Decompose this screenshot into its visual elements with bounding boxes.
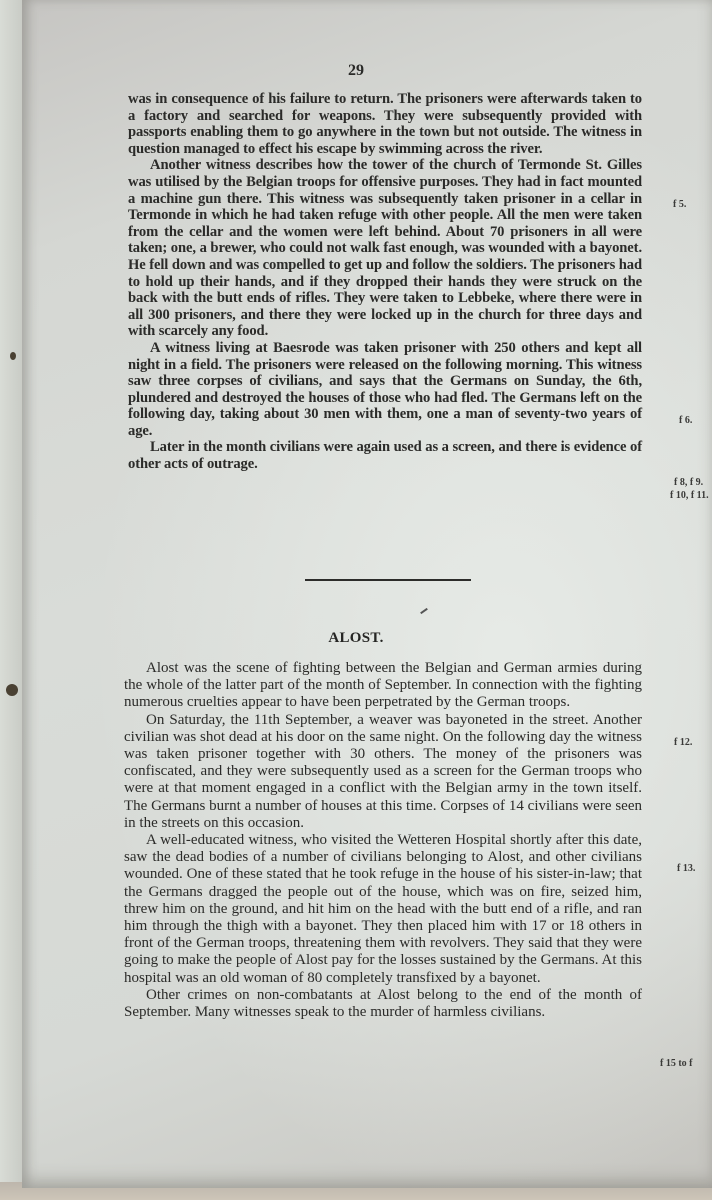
backdrop-surface <box>0 0 22 1200</box>
margin-note: f 6. <box>679 415 692 426</box>
margin-note: f 13. <box>677 863 695 874</box>
paragraph: Later in the month civilians were again … <box>128 439 642 472</box>
binding-hole-mark <box>6 684 18 696</box>
paragraph: Another witness describes how the tower … <box>128 157 642 340</box>
margin-note: f 8, f 9. <box>674 477 703 488</box>
top-text-section: was in consequence of his failure to ret… <box>128 91 642 473</box>
margin-note: f 12. <box>674 737 692 748</box>
margin-note: f 15 to f <box>660 1058 693 1069</box>
paragraph: A well-educated witness, who visited the… <box>124 832 642 987</box>
paragraph: was in consequence of his failure to ret… <box>128 91 642 157</box>
page-number: 29 <box>0 62 712 80</box>
paragraph: Alost was the scene of fighting between … <box>124 660 642 712</box>
paragraph: Other crimes on non-combatants at Alost … <box>124 987 642 1021</box>
paragraph: On Saturday, the 11th September, a weave… <box>124 712 642 832</box>
section-divider <box>305 579 471 581</box>
section-title: ALOST. <box>0 630 712 647</box>
binding-hole-mark <box>10 352 16 360</box>
margin-note: f 5. <box>673 199 686 210</box>
alost-text-section: Alost was the scene of fighting between … <box>124 660 642 1021</box>
margin-note: f 10, f 11. <box>670 490 709 501</box>
paragraph: A witness living at Baesrode was taken p… <box>128 340 642 440</box>
